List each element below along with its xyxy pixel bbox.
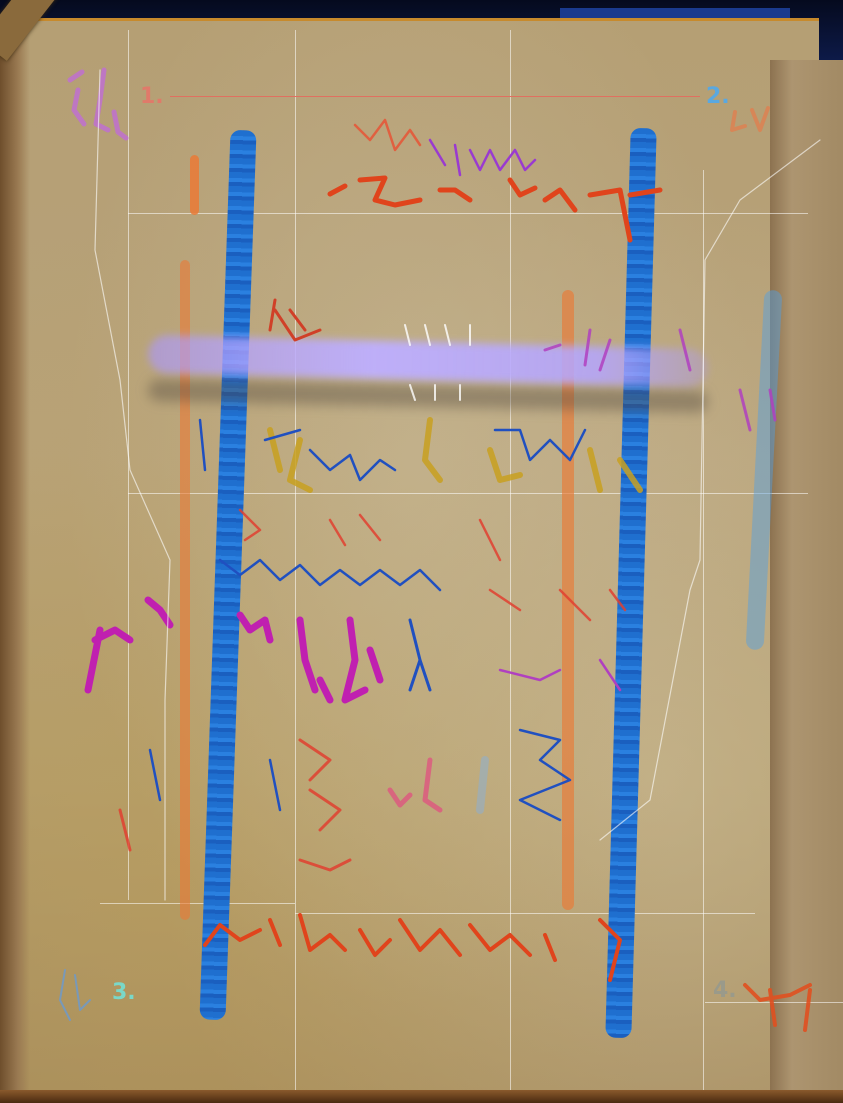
page-marker-3: 3. [112,980,136,1005]
page-marker-1: 1. [140,84,164,109]
manuscript-photo: 1. 2. 3. 4. [0,0,843,1103]
glyph-markings [0,0,843,1103]
page-marker-2: 2. [706,84,730,109]
page-marker-4: 4. [713,978,737,1003]
